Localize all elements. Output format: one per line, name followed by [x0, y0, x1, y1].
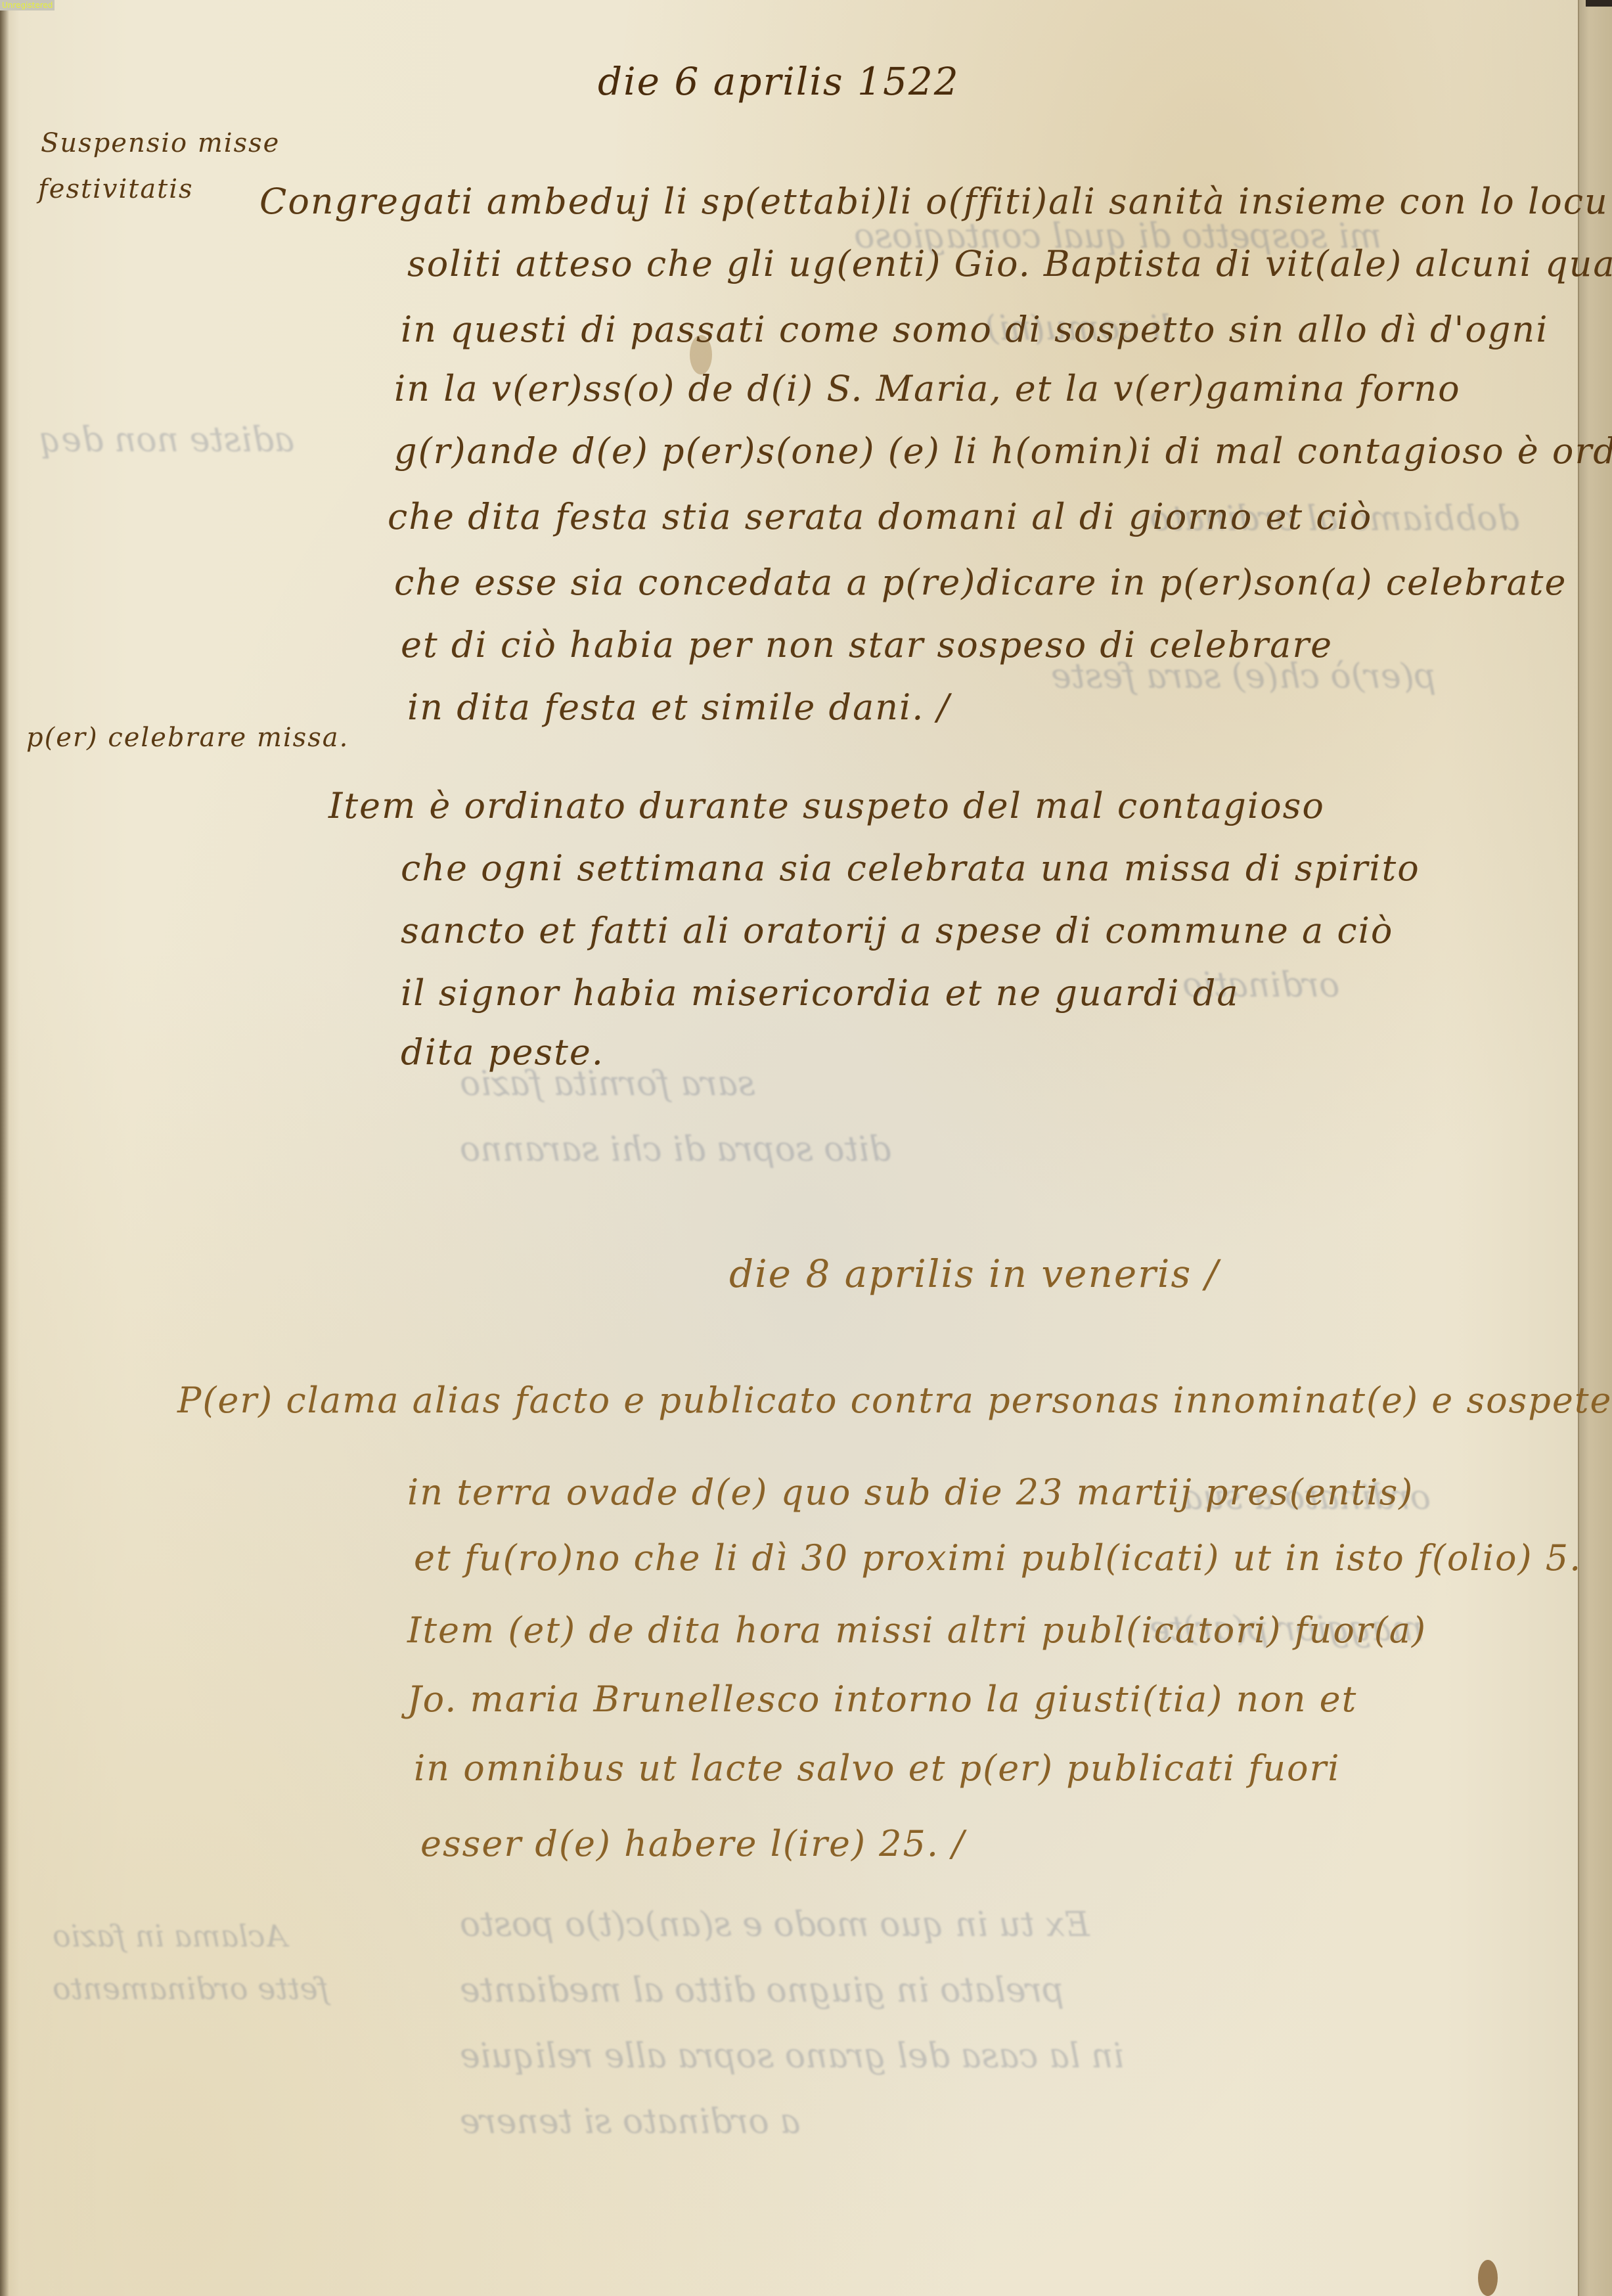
entry-3-line: et fu(ro)no che li dì 30 proximi publ(ic…	[414, 1537, 1582, 1579]
manuscript-page: mi sospetto di qual contagioso li comu(n…	[0, 0, 1612, 2296]
bleed-through-text: dito sopra di chi saranno	[460, 1130, 891, 1169]
entry-3-line: P(er) clama alias facto e publicato cont…	[177, 1380, 1612, 1421]
entry-2-line: che ogni settimana sia celebrata una mis…	[401, 847, 1420, 889]
entry-3-line: esser d(e) habere l(ire) 25. /	[420, 1823, 965, 1864]
entry-1-line: che esse sia concedata a p(re)dicare in …	[394, 562, 1567, 603]
date-subheading: die 8 aprilis in veneris /	[729, 1251, 1219, 1296]
date-heading: die 6 aprilis 1522	[598, 59, 960, 104]
entry-1-line: g(r)ande d(e) p(er)s(one) (e) li h(omin)…	[394, 430, 1612, 472]
entry-3-line: Jo. maria Brunellesco intorno la giusti(…	[407, 1678, 1357, 1720]
entry-1-line: in la v(er)ss(o) de d(i) S. Maria, et la…	[394, 368, 1461, 409]
bleed-through-text: prelato in giugno ditto al mediante	[460, 1971, 1064, 2010]
entry-1-line: et di ciò habia per non star sospeso di …	[401, 624, 1333, 665]
margin-note-celebrate-mass: p(er) celebrare missa.	[26, 723, 349, 753]
entry-2-line: sancto et fatti ali oratorij a spese di …	[401, 910, 1393, 951]
entry-2-line: Item è ordinato durante suspeto del mal …	[328, 785, 1325, 826]
bleed-through-text: adiste non deq	[39, 420, 294, 460]
margin-note-suspension-line2: festivitatis	[38, 174, 194, 204]
entry-1-line: in questi di passati come somo di sospet…	[401, 309, 1548, 350]
page-fold-edge	[1578, 0, 1612, 2296]
entry-1-line: soliti atteso che gli ug(enti) Gio. Bapt…	[407, 243, 1612, 284]
entry-3-line: in terra ovade d(e) quo sub die 23 marti…	[407, 1472, 1414, 1513]
entry-3-line: in omnibus ut lacte salvo et p(er) publi…	[414, 1747, 1341, 1789]
ink-blot	[1478, 2260, 1498, 2296]
page-spine-shadow	[0, 0, 9, 2296]
entry-1-line: che dita festa stia serata domani al di …	[388, 496, 1372, 537]
entry-1-line: in dita festa et simile dani. /	[407, 687, 951, 728]
bleed-through-text: Ex tu in quo modo e s(an)c(t)o posto	[460, 1905, 1090, 1945]
unregistered-watermark: Unregistered	[0, 0, 55, 11]
margin-note-suspension: Suspensio misse	[41, 128, 280, 158]
bleed-through-text: Aclama in fazio	[53, 1918, 287, 1954]
bleed-through-text: in la casa del grano sopra alle reliquie	[460, 2037, 1124, 2076]
entry-3-line: Item (et) de dita hora missi altri publ(…	[407, 1609, 1427, 1651]
entry-2-line: il signor habia misericordia et ne guard…	[401, 972, 1240, 1014]
bleed-through-text: fette ordinamento	[53, 1971, 329, 2006]
page-fold-gap	[1586, 0, 1612, 7]
bleed-through-text: a ordinato si tenere	[460, 2102, 800, 2142]
entry-1-line: Congregati ambeduj li sp(ettabi)li o(ffi…	[259, 181, 1609, 222]
entry-2-line: dita peste.	[401, 1031, 604, 1073]
